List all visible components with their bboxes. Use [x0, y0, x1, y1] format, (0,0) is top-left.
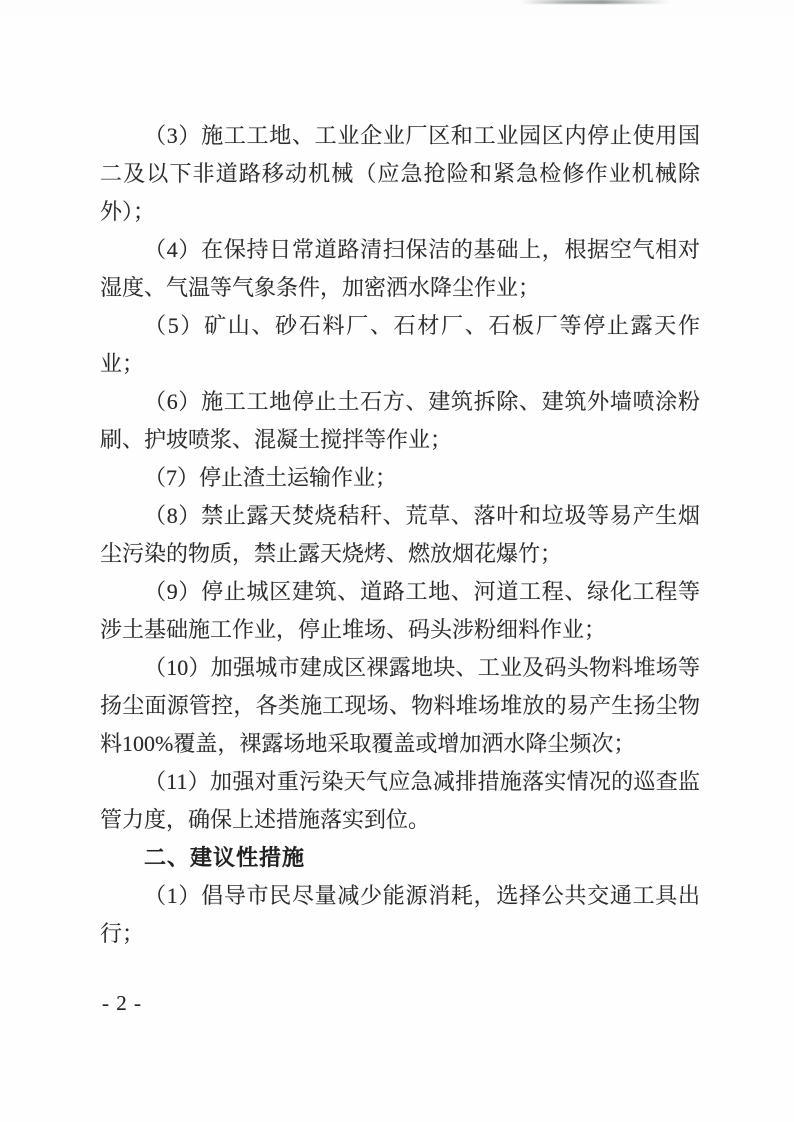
- paragraph-item-3: （3）施工工地、工业企业厂区和工业园区内停止使用国二及以下非道路移动机械（应急抢…: [100, 117, 700, 231]
- paragraph-item-10: （10）加强城市建成区裸露地块、工业及码头物料堆场等扬尘面源管控，各类施工现场、…: [100, 649, 700, 763]
- paragraph-item-6: （6）施工工地停止土石方、建筑拆除、建筑外墙喷涂粉刷、护坡喷浆、混凝土搅拌等作业…: [100, 383, 700, 459]
- paragraph-item-9: （9）停止城区建筑、道路工地、河道工程、绿化工程等涉土基础施工作业，停止堆场、码…: [100, 573, 700, 649]
- paragraph-item-1: （1）倡导市民尽量减少能源消耗，选择公共交通工具出行；: [100, 877, 700, 953]
- paragraph-item-4: （4）在保持日常道路清扫保洁的基础上，根据空气相对湿度、气温等气象条件，加密洒水…: [100, 231, 700, 307]
- paragraph-item-5: （5）矿山、砂石料厂、石材厂、石板厂等停止露天作业；: [100, 307, 700, 383]
- document-body: （3）施工工地、工业企业厂区和工业园区内停止使用国二及以下非道路移动机械（应急抢…: [100, 117, 700, 953]
- paragraph-item-8: （8）禁止露天焚烧秸秆、荒草、落叶和垃圾等易产生烟尘污染的物质，禁止露天烧烤、燃…: [100, 497, 700, 573]
- scan-smudge-artifact: [520, 0, 670, 4]
- page-number: - 2 -: [102, 991, 142, 1016]
- section-heading-suggestive-measures: 二、建议性措施: [100, 839, 700, 877]
- document-page: （3）施工工地、工业企业厂区和工业园区内停止使用国二及以下非道路移动机械（应急抢…: [0, 0, 794, 1122]
- paragraph-item-7: （7）停止渣土运输作业；: [100, 459, 700, 497]
- paragraph-item-11: （11）加强对重污染天气应急减排措施落实情况的巡查监管力度，确保上述措施落实到位…: [100, 763, 700, 839]
